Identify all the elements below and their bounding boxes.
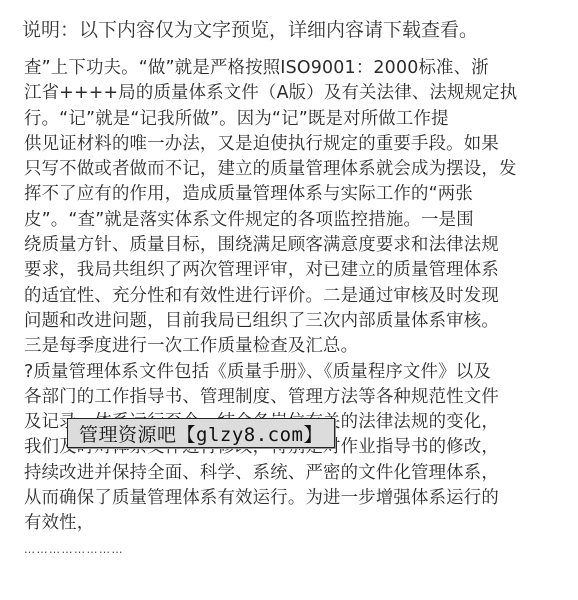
preview-notice-header: 说明：以下内容仅为文字预览，详细内容请下载查看。 [22, 16, 478, 44]
text-line: 的适宜性、充分性和有效性进行评价。二是通过审核及时发现 [24, 284, 564, 309]
text-line: 从而确保了质量管理体系有效运行。为进一步增强体系运行的 [24, 486, 564, 511]
text-line: 有效性， [24, 511, 564, 536]
text-line: 皮”。“查”就是落实体系文件规定的各项监控措施。一是围 [24, 208, 564, 233]
text-line: 绕质量方针、质量目标，围绕满足顾客满意度要求和法律法规 [24, 233, 564, 258]
text-line: 供见证材料的唯一办法，又是迫使执行规定的重要手段。如果 [24, 132, 564, 157]
text-line: 江省++++局的质量体系文件（A版）及有关法律、法规规定执 [24, 81, 564, 106]
watermark-banner: 管理资源吧【glzy8.com】 [67, 418, 335, 448]
truncation-ellipsis: …………………… [24, 543, 564, 557]
text-line: 只写不做或者做而不记，建立的质量管理体系就会成为摆设，发 [24, 157, 564, 182]
text-line: 查”上下功夫。“做”就是严格按照ISO9001：2000标准、浙 [24, 56, 564, 81]
text-line: 持续改进并保持全面、科学、系统、严密的文件化管理体系， [24, 461, 564, 486]
text-line: 挥不了应有的作用，造成质量管理体系与实际工作的“两张 [24, 182, 564, 207]
text-line: 问题和改进问题，目前我局已组织了三次内部质量体系审核。 [24, 309, 564, 334]
text-line: 要求，我局共组织了两次管理评审，对已建立的质量管理体系 [24, 258, 564, 283]
text-line: 行。“记”就是“记我所做”。因为“记”既是对所做工作提 [24, 107, 564, 132]
text-line: 三是每季度进行一次工作质量检查及汇总。 [24, 334, 564, 359]
document-body: 查”上下功夫。“做”就是严格按照ISO9001：2000标准、浙 江省++++局… [24, 56, 564, 557]
text-line: 各部门的工作指导书、管理制度、管理方法等各种规范性文件 [24, 385, 564, 410]
text-line: ?质量管理体系文件包括《质量手册》、《质量程序文件》以及 [24, 360, 564, 385]
